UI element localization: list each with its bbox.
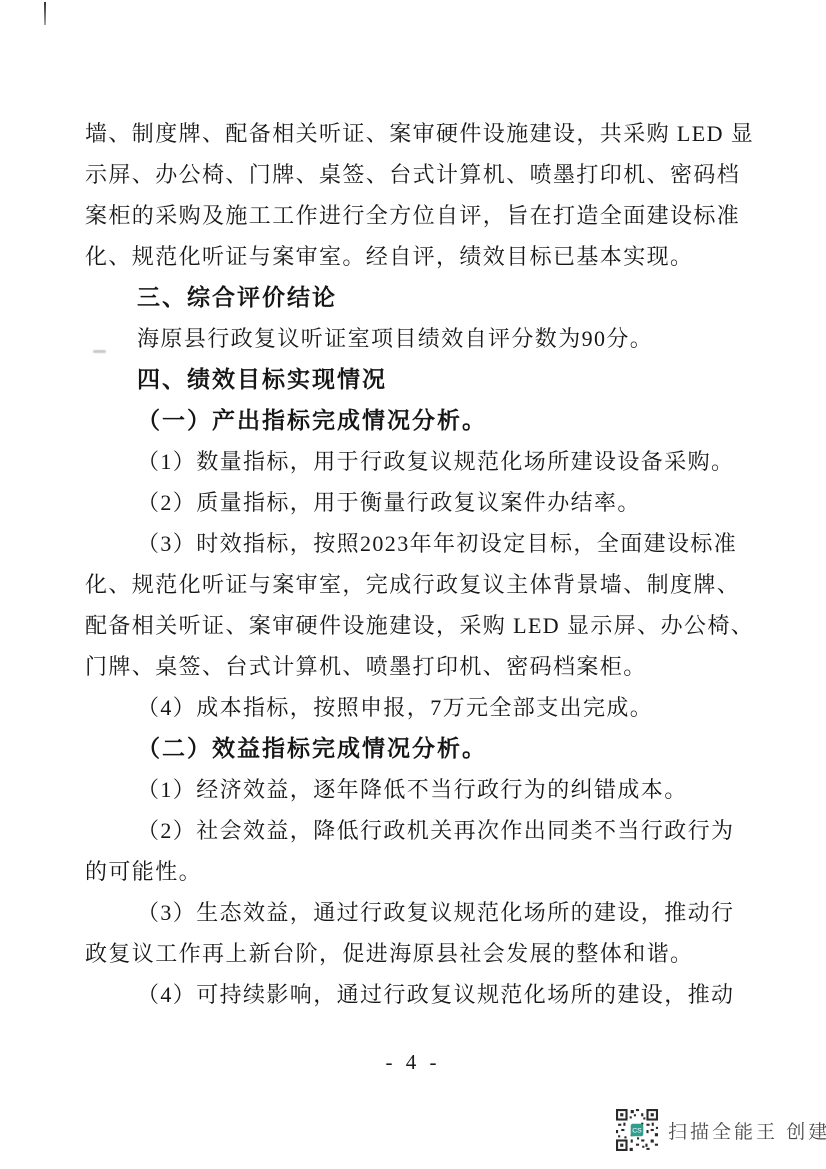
- scan-artifact-line: [44, 2, 46, 25]
- text-line: （2）社会效益，降低行政机关再次作出同类不当行政行为: [85, 810, 745, 851]
- text-line: 案柜的采购及施工工作进行全方位自评，旨在打造全面建设标准: [85, 195, 745, 236]
- text-line: 门牌、桌签、台式计算机、喷墨打印机、密码档案柜。: [85, 646, 745, 687]
- page-number: - 4 -: [0, 1050, 826, 1075]
- text-line: （2）质量指标，用于衡量行政复议案件办结率。: [85, 482, 745, 523]
- scanner-watermark: CS 扫描全能王 创建: [616, 1109, 826, 1151]
- text-line: （3）生态效益，通过行政复议规范化场所的建设，推动行: [85, 892, 745, 933]
- text-line: 的可能性。: [85, 851, 745, 892]
- text-line: 海原县行政复议听证室项目绩效自评分数为90分。: [85, 318, 745, 359]
- text-line: （1）经济效益，逐年降低不当行政行为的纠错成本。: [85, 769, 745, 810]
- subsection-heading: （二）效益指标完成情况分析。: [85, 728, 745, 769]
- text-line: （4）可持续影响，通过行政复议规范化场所的建设，推动: [85, 974, 745, 1015]
- watermark-label: 扫描全能王 创建: [668, 1117, 826, 1144]
- text-line: （1）数量指标，用于行政复议规范化场所建设设备采购。: [85, 441, 745, 482]
- text-line: （3）时效指标，按照2023年年初设定目标，全面建设标准: [85, 523, 745, 564]
- text-line: 政复议工作再上新台阶，促进海原县社会发展的整体和谐。: [85, 933, 745, 974]
- subsection-heading: （一）产出指标完成情况分析。: [85, 400, 745, 441]
- text-line: 化、规范化听证与案审室，完成行政复议主体背景墙、制度牌、: [85, 564, 745, 605]
- svg-text:CS: CS: [632, 1128, 642, 1135]
- qr-code-icon: CS: [616, 1109, 658, 1151]
- text-line: （4）成本指标，按照申报，7万元全部支出完成。: [85, 687, 745, 728]
- text-line: 墙、制度牌、配备相关听证、案审硬件设施建设，共采购 LED 显: [85, 113, 745, 154]
- scanned-document-page: { "page": { "number_label": "- 4 -", "li…: [0, 0, 826, 1169]
- text-line: 示屏、办公椅、门牌、桌签、台式计算机、喷墨打印机、密码档: [85, 154, 745, 195]
- section-heading: 四、绩效目标实现情况: [85, 359, 745, 400]
- text-line: 化、规范化听证与案审室。经自评，绩效目标已基本实现。: [85, 236, 745, 277]
- document-text-block: 墙、制度牌、配备相关听证、案审硬件设施建设，共采购 LED 显 示屏、办公椅、门…: [85, 113, 745, 1015]
- section-heading: 三、综合评价结论: [85, 277, 745, 318]
- text-line: 配备相关听证、案审硬件设施建设，采购 LED 显示屏、办公椅、: [85, 605, 745, 646]
